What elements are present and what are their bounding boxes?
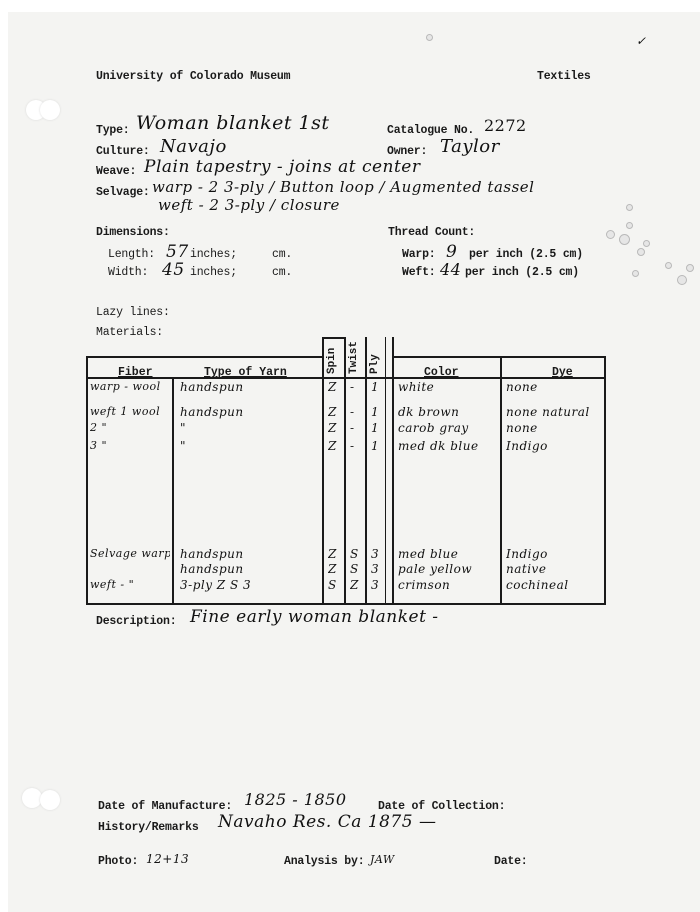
paper-spot <box>626 222 633 229</box>
lazy-lines-label: Lazy lines: <box>96 306 170 319</box>
binder-hole <box>22 788 42 808</box>
materials-label: Materials: <box>96 326 163 339</box>
length-value[interactable]: 57 <box>166 242 189 262</box>
materials-cell-dye: native <box>506 562 546 576</box>
photo-value[interactable]: 12+13 <box>146 852 189 866</box>
weave-label: Weave: <box>96 165 136 178</box>
date-of-manufacture-value[interactable]: 1825 - 1850 <box>244 790 347 809</box>
materials-cell-fiber: 2 " <box>90 421 107 434</box>
col-header-color: Color <box>424 366 459 379</box>
materials-cell-dye: Indigo <box>506 439 548 453</box>
materials-cell-dye: none natural <box>506 405 590 419</box>
materials-cell-dye: cochineal <box>506 578 569 592</box>
selvage-label: Selvage: <box>96 186 150 199</box>
materials-cell-fiber: weft - " <box>90 578 134 591</box>
materials-cell-yarn: handspun <box>180 547 244 561</box>
materials-cell-color: white <box>398 380 434 394</box>
culture-label: Culture: <box>96 145 150 158</box>
binder-hole <box>40 790 60 810</box>
materials-cell-ply: 3 <box>371 547 379 561</box>
materials-cell-twist: Z <box>350 578 359 592</box>
paper-spot <box>619 234 630 245</box>
materials-cell-color: carob gray <box>398 421 469 435</box>
weft-per-inch: per inch (2.5 cm) <box>465 266 579 279</box>
dimensions-label: Dimensions: <box>96 226 170 239</box>
materials-cell-twist: S <box>350 547 359 561</box>
col-header-fiber: Fiber <box>118 366 153 379</box>
materials-cell-spin: Z <box>328 380 337 394</box>
materials-cell-twist: - <box>350 421 355 435</box>
materials-cell-spin: Z <box>328 562 337 576</box>
materials-cell-twist: - <box>350 380 355 394</box>
materials-cell-yarn: " <box>180 439 186 453</box>
history-label: History/Remarks <box>98 821 199 834</box>
col-header-twist: Twist <box>348 341 360 374</box>
culture-value[interactable]: Navajo <box>160 136 227 157</box>
type-label: Type: <box>96 124 130 137</box>
materials-cell-color: med dk blue <box>398 439 479 453</box>
type-value[interactable]: Woman blanket 1st <box>136 112 330 134</box>
paper-spot <box>637 248 645 256</box>
paper-spot <box>606 230 615 239</box>
paper-spot <box>665 262 672 269</box>
paper-spot <box>626 204 633 211</box>
width-cm-unit: cm. <box>272 266 292 279</box>
history-value[interactable]: Navaho Res. Ca 1875 — <box>218 812 436 832</box>
materials-cell-twist: S <box>350 562 359 576</box>
check-mark: ✓ <box>636 34 647 48</box>
weave-value[interactable]: Plain tapestry - joins at center <box>144 157 421 177</box>
selvage-line2[interactable]: weft - 2 3-ply / closure <box>158 196 340 214</box>
materials-cell-ply: 1 <box>371 405 379 419</box>
materials-cell-spin: Z <box>328 439 337 453</box>
materials-cell-dye: Indigo <box>506 547 548 561</box>
materials-cell-yarn: handspun <box>180 562 244 576</box>
warp-value[interactable]: 9 <box>446 242 457 262</box>
paper-spot <box>677 275 687 285</box>
materials-cell-dye: none <box>506 421 538 435</box>
paper-spot <box>686 264 694 272</box>
paper-spot <box>643 240 650 247</box>
width-inches-unit: inches; <box>190 266 237 279</box>
width-label: Width: <box>108 266 148 279</box>
materials-cell-fiber: warp - wool <box>90 380 161 393</box>
materials-cell-yarn: " <box>180 421 186 435</box>
materials-cell-twist: - <box>350 439 355 453</box>
materials-cell-spin: Z <box>328 547 337 561</box>
materials-cell-color: med blue <box>398 547 458 561</box>
binder-hole <box>40 100 60 120</box>
materials-cell-spin: Z <box>328 405 337 419</box>
department-name: Textiles <box>537 70 591 83</box>
col-header-yarn: Type of Yarn <box>204 366 287 379</box>
materials-cell-twist: - <box>350 405 355 419</box>
warp-label: Warp: <box>402 248 436 261</box>
catalogue-value[interactable]: 2272 <box>484 116 527 135</box>
materials-cell-fiber: 3 " <box>90 439 107 452</box>
date-of-manufacture-label: Date of Manufacture: <box>98 800 232 813</box>
materials-cell-color: crimson <box>398 578 450 592</box>
materials-cell-yarn: handspun <box>180 380 244 394</box>
length-inches-unit: inches; <box>190 248 237 261</box>
thread-count-label: Thread Count: <box>388 226 475 239</box>
materials-cell-ply: 3 <box>371 562 379 576</box>
institution-name: University of Colorado Museum <box>96 70 290 83</box>
materials-cell-dye: none <box>506 380 538 394</box>
materials-cell-ply: 1 <box>371 439 379 453</box>
materials-cell-yarn: 3-ply Z S 3 <box>180 578 251 592</box>
materials-cell-fiber: Selvage warp wool <box>90 547 170 560</box>
materials-cell-fiber: weft 1 wool <box>90 405 160 418</box>
materials-cell-yarn: handspun <box>180 405 244 419</box>
paper-spot <box>632 270 639 277</box>
description-value[interactable]: Fine early woman blanket - <box>190 607 439 627</box>
owner-value[interactable]: Taylor <box>440 136 500 157</box>
date-label: Date: <box>494 855 528 868</box>
analysis-by-label: Analysis by: <box>284 855 364 868</box>
description-label: Description: <box>96 615 176 628</box>
width-value[interactable]: 45 <box>162 260 185 280</box>
materials-cell-ply: 1 <box>371 421 379 435</box>
materials-cell-ply: 1 <box>371 380 379 394</box>
photo-label: Photo: <box>98 855 138 868</box>
col-header-ply: Ply <box>369 354 381 374</box>
col-header-spin: Spin <box>326 348 338 374</box>
materials-cell-ply: 3 <box>371 578 379 592</box>
analysis-by-value[interactable]: JAW <box>370 853 395 866</box>
warp-per-inch: per inch (2.5 cm) <box>469 248 583 261</box>
paper-spot <box>426 34 433 41</box>
materials-cell-spin: Z <box>328 421 337 435</box>
weft-label: Weft: <box>402 266 436 279</box>
length-cm-unit: cm. <box>272 248 292 261</box>
length-label: Length: <box>108 248 155 261</box>
materials-cell-spin: S <box>328 578 337 592</box>
weft-value[interactable]: 44 <box>440 260 461 279</box>
materials-cell-color: dk brown <box>398 405 459 419</box>
selvage-line1[interactable]: warp - 2 3-ply / Button loop / Augmented… <box>152 178 534 196</box>
col-header-dye: Dye <box>552 366 573 379</box>
materials-cell-color: pale yellow <box>398 562 472 576</box>
